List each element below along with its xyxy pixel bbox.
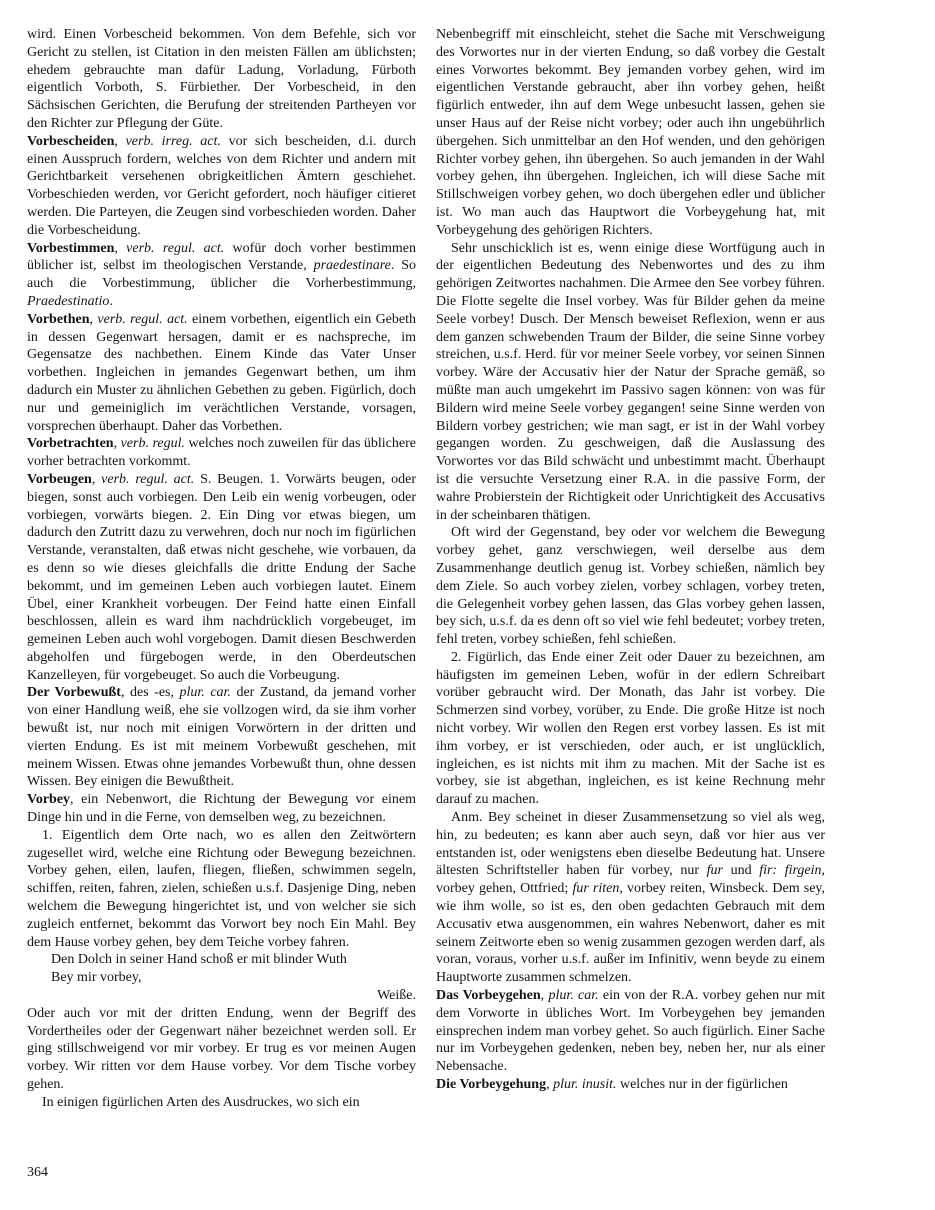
body-text: In einigen figürlichen Arten des Ausdruc… [42, 1095, 360, 1110]
headword: Die Vorbeygehung [436, 1077, 546, 1092]
grammar-label: plur. car. [180, 685, 231, 700]
grammar-label: fir: firgein [759, 863, 821, 878]
text-columns: wird. Einen Vorbescheid bekommen. Von de… [27, 26, 825, 1112]
verse-line: Den Dolch in seiner Hand schoß er mit bl… [27, 951, 416, 969]
paragraph: Oft wird der Gegenstand, bey oder vor we… [436, 524, 825, 649]
body-text: , ein Nebenwort, die Richtung der Bewegu… [27, 792, 416, 825]
paragraph: wird. Einen Vorbescheid bekommen. Von de… [27, 26, 416, 133]
body-text: Oder auch vor mit der dritten Endung, we… [27, 1006, 416, 1092]
body-text: , vorbey reiten, Winsbeck. Dem sey, wie … [436, 881, 825, 985]
headword: Vorbethen [27, 312, 90, 327]
headword: Der Vorbewußt [27, 685, 121, 700]
dictionary-entry: Die Vorbeygehung, plur. inusit. welches … [436, 1076, 825, 1094]
grammar-label: fur [707, 863, 723, 878]
dictionary-entry: Vorbey, ein Nebenwort, die Richtung der … [27, 791, 416, 827]
paragraph: Anm. Bey scheinet in dieser Zusammensetz… [436, 809, 825, 987]
dictionary-page: wird. Einen Vorbescheid bekommen. Von de… [0, 0, 935, 1210]
body-text: welches nur in der figürlichen [616, 1077, 787, 1092]
headword: Das Vorbeygehen [436, 988, 541, 1003]
grammar-label: praedestinare [314, 258, 391, 273]
dictionary-entry: Vorbeugen, verb. regul. act. S. Beugen. … [27, 471, 416, 685]
grammar-label: fur riten [572, 881, 619, 896]
body-text: . [109, 294, 113, 309]
headword: Vorbetrachten [27, 436, 114, 451]
body-text: wird. Einen Vorbescheid bekommen. Von de… [27, 27, 416, 131]
body-text: Oft wird der Gegenstand, bey oder vor we… [436, 525, 825, 647]
left-column: wird. Einen Vorbescheid bekommen. Von de… [27, 26, 416, 1112]
headword: Vorbey [27, 792, 70, 807]
headword: Vorbeugen [27, 472, 92, 487]
grammar-label: verb. regul. act. [97, 312, 187, 327]
body-text: , [114, 436, 121, 451]
body-text: und [723, 863, 759, 878]
body-text: , [92, 472, 101, 487]
grammar-label: plur. car. [548, 988, 598, 1003]
dictionary-entry: Vorbetrachten, verb. regul. welches noch… [27, 435, 416, 471]
body-text: Weiße. [377, 988, 416, 1003]
verse-attribution: Weiße. [27, 987, 416, 1005]
body-text: Sehr unschicklich ist es, wenn einige di… [436, 241, 825, 523]
verse: Den Dolch in seiner Hand schoß er mit bl… [27, 951, 416, 987]
dictionary-entry: Das Vorbeygehen, plur. car. ein von der … [436, 987, 825, 1076]
verse-line: Bey mir vorbey, [27, 969, 416, 987]
headword: Vorbescheiden [27, 134, 114, 149]
body-text: einem vorbethen, eigentlich ein Gebeth i… [27, 312, 416, 434]
grammar-label: verb. irreg. act. [126, 134, 221, 149]
paragraph: Nebenbegriff mit einschleicht, stehet di… [436, 26, 825, 240]
page-number: 364 [27, 1164, 48, 1182]
paragraph: In einigen figürlichen Arten des Ausdruc… [27, 1094, 416, 1112]
body-text: 1. Eigentlich dem Orte nach, wo es allen… [27, 828, 416, 950]
grammar-label: plur. inusit. [553, 1077, 616, 1092]
dictionary-entry: Vorbescheiden, verb. irreg. act. vor sic… [27, 133, 416, 240]
paragraph: 1. Eigentlich dem Orte nach, wo es allen… [27, 827, 416, 952]
body-text: vor sich bescheiden, d.i. durch einen Au… [27, 134, 416, 238]
body-text: S. Beugen. 1. Vorwärts beugen, oder bieg… [27, 472, 416, 683]
body-text: der Zustand, da jemand vorher von einer … [27, 685, 416, 789]
dictionary-entry: Vorbethen, verb. regul. act. einem vorbe… [27, 311, 416, 436]
grammar-label: verb. regul. act. [126, 241, 224, 256]
grammar-label: Praedestinatio [27, 294, 109, 309]
body-text: , [114, 134, 125, 149]
headword: Vorbestimmen [27, 241, 114, 256]
paragraph: Oder auch vor mit der dritten Endung, we… [27, 1005, 416, 1094]
paragraph: 2. Figürlich, das Ende einer Zeit oder D… [436, 649, 825, 809]
body-text: Nebenbegriff mit einschleicht, stehet di… [436, 27, 825, 238]
body-text: , [114, 241, 126, 256]
body-text: 2. Figürlich, das Ende einer Zeit oder D… [436, 650, 825, 807]
dictionary-entry: Der Vorbewußt, des -es, plur. car. der Z… [27, 684, 416, 791]
grammar-label: verb. regul. act. [101, 472, 194, 487]
dictionary-entry: Vorbestimmen, verb. regul. act. wofür do… [27, 240, 416, 311]
paragraph: Sehr unschicklich ist es, wenn einige di… [436, 240, 825, 525]
grammar-label: verb. regul. [121, 436, 185, 451]
right-column: Nebenbegriff mit einschleicht, stehet di… [436, 26, 825, 1112]
body-text: , des -es, [121, 685, 180, 700]
